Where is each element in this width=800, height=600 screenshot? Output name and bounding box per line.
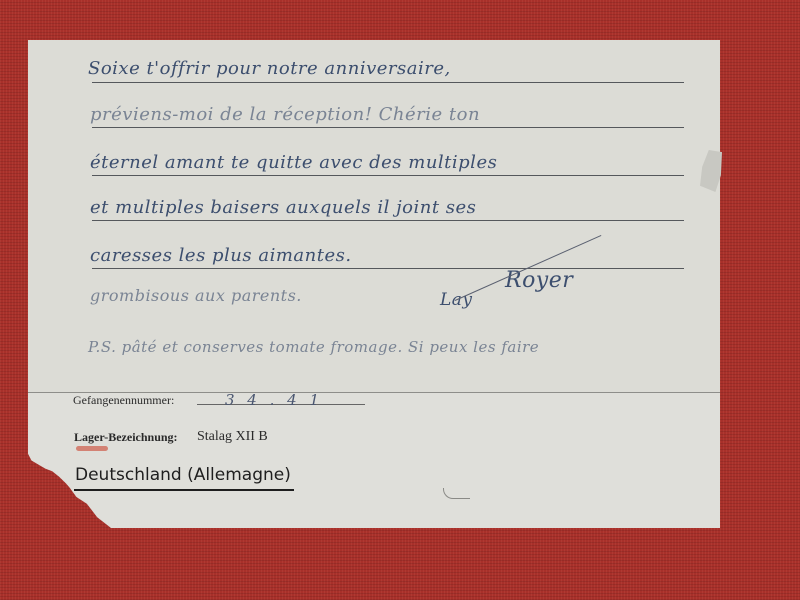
ruled-line (92, 175, 684, 176)
address-section (28, 393, 720, 528)
red-pencil-mark (76, 446, 108, 451)
ruled-line (92, 82, 684, 83)
handwritten-line-4: et multiples baisers auxquels il joint s… (90, 197, 476, 218)
prisoner-number-value: 3 4 . 4 1 (225, 391, 323, 409)
country-heading: Deutschland (Allemagne) (75, 465, 291, 485)
ruled-line (92, 268, 684, 269)
postscript-line: P.S. pâté et conserves tomate fromage. S… (88, 338, 539, 356)
camp-label: Lager-Bezeichnung: (74, 430, 178, 445)
handwritten-line-2: préviens-moi de la réception! Chérie ton (90, 104, 480, 125)
handwritten-line-6: grombisous aux parents. (90, 286, 302, 305)
paper-crease (443, 488, 470, 499)
handwritten-line-1: Soixe t'offrir pour notre anniversaire, (88, 58, 451, 79)
ruled-line (92, 220, 684, 221)
camp-value: Stalag XII B (197, 429, 268, 445)
handwritten-line-5: caresses les plus aimantes. (90, 245, 352, 266)
handwritten-line-3: éternel amant te quitte avec des multipl… (90, 152, 497, 173)
country-underline (74, 489, 294, 491)
prisoner-number-label: Gefangenennummer: (73, 393, 174, 408)
ruled-line (92, 127, 684, 128)
